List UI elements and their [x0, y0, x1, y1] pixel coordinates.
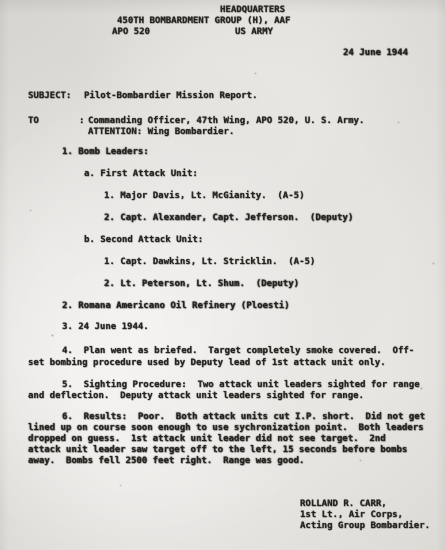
para-results-line-3: dropped on guess. 1st attack unit leader… — [28, 434, 386, 444]
second-attack-unit-item-1: 1. Capt. Dawkins, Lt. Stricklin. (A-5) — [104, 257, 315, 267]
para-plan-line-1: 4. Plan went as briefed. Target complete… — [62, 346, 414, 356]
signature-name: ROLLAND R. CARR, — [300, 499, 387, 509]
subject-value: Pilot-Bombardier Mission Report. — [84, 91, 257, 101]
to-label: TO — [28, 116, 39, 126]
letterhead-apo: APO 520 — [112, 27, 150, 37]
letterhead-army: US ARMY — [235, 27, 273, 37]
para-plan-line-2: set bombing procedure used by Deputy lea… — [28, 358, 386, 368]
first-attack-unit-item-1: 1. Major Davis, Lt. McGianity. (A-5) — [104, 191, 304, 201]
subject-label: SUBJECT: — [28, 91, 71, 101]
letterhead-unit: 450TH BOMBARDMENT GROUP (H), AAF — [117, 16, 290, 26]
para-results-line-4: attack unit leader saw target off to the… — [28, 445, 407, 455]
para-results-line-5: away. Bombs fell 2500 feet right. Range … — [28, 456, 304, 466]
signature-rank: 1st Lt., Air Corps, — [300, 510, 403, 520]
para-results-line-2: lined up on course soon enough to use sy… — [28, 423, 424, 433]
second-attack-unit-item-2: 2. Lt. Peterson, Lt. Shum. (Deputy) — [104, 279, 299, 289]
date-line: 24 June 1944 — [343, 48, 408, 58]
to-value: Commanding Officer, 47th Wing, APO 520, … — [88, 116, 364, 126]
para-sighting-line-1: 5. Sighting Procedure: Two attack unit l… — [62, 380, 420, 390]
first-attack-unit-item-2: 2. Capt. Alexander, Capt. Jefferson. (De… — [104, 213, 353, 223]
attention-line: ATTENTION: Wing Bombardier. — [88, 127, 234, 137]
letterhead-headquarters: HEADQUARTERS — [220, 5, 285, 15]
first-attack-unit-heading: a. First Attack Unit: — [84, 169, 198, 179]
para-date: 3. 24 June 1944. — [62, 322, 149, 332]
paper-specks — [0, 0, 1, 1]
para-sighting-line-2: and deflection. Deputy attack unit leade… — [28, 391, 364, 401]
signature-title: Acting Group Bombardier. — [300, 521, 430, 531]
para-results-line-1: 6. Results: Poor. Both attack units cut … — [62, 412, 425, 422]
para-target: 2. Romana Americano Oil Refinery (Ploest… — [62, 301, 290, 311]
para-bomb-leaders-heading: 1. Bomb Leaders: — [62, 147, 149, 157]
second-attack-unit-heading: b. Second Attack Unit: — [84, 235, 203, 245]
to-colon: : — [79, 116, 84, 126]
scanned-document-page: HEADQUARTERS 450TH BOMBARDMENT GROUP (H)… — [0, 0, 445, 550]
